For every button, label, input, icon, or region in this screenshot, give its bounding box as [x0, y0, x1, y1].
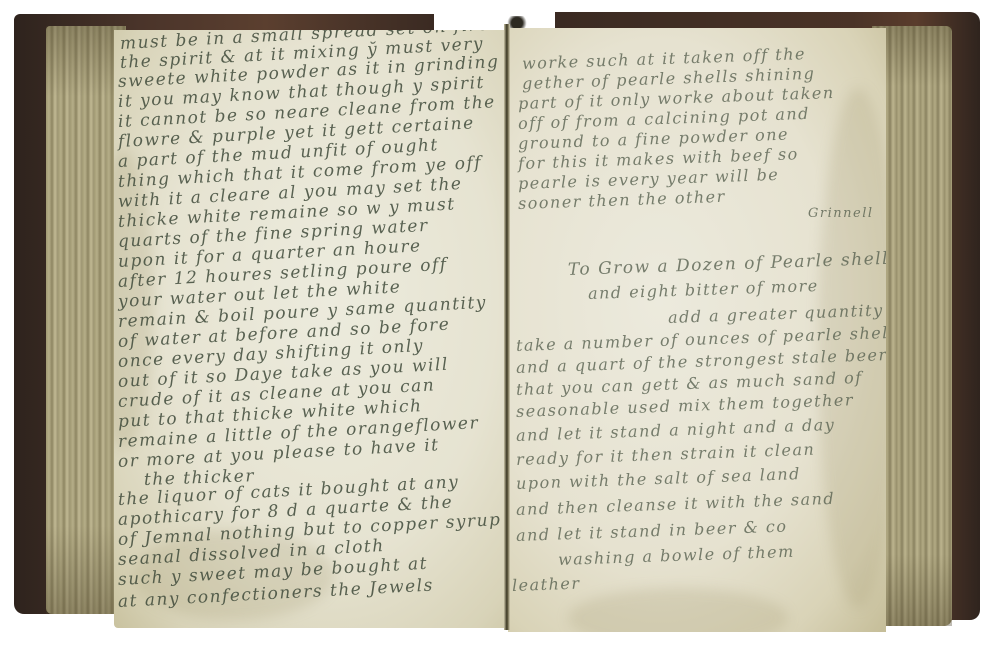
recipe-heading: To Grow a Dozen of Pearle shells — [568, 248, 886, 280]
handwritten-line: leather — [512, 574, 581, 595]
handwritten-line: and eight bitter of more — [588, 276, 819, 303]
handwritten-signature: Grinnell — [808, 206, 874, 221]
book-gutter — [504, 24, 510, 630]
handwritten-line: upon with the salt of sea land — [516, 464, 802, 493]
left-page: must be in a small spread set on fire th… — [114, 30, 506, 628]
right-page: worke such at it taken off the gether of… — [508, 28, 886, 632]
left-page-handwriting: must be in a small spread set on fire th… — [114, 30, 506, 628]
right-page-handwriting: worke such at it taken off the gether of… — [508, 28, 886, 632]
handwritten-line: and let it stand in beer & co — [516, 517, 788, 545]
handwritten-line: washing a bowle of them — [558, 542, 795, 569]
handwritten-line: add a greater quantity — [668, 300, 884, 327]
handwritten-line: and then cleanse it with the sand — [516, 489, 836, 519]
open-manuscript-book: must be in a small spread set on fire th… — [0, 0, 1000, 647]
